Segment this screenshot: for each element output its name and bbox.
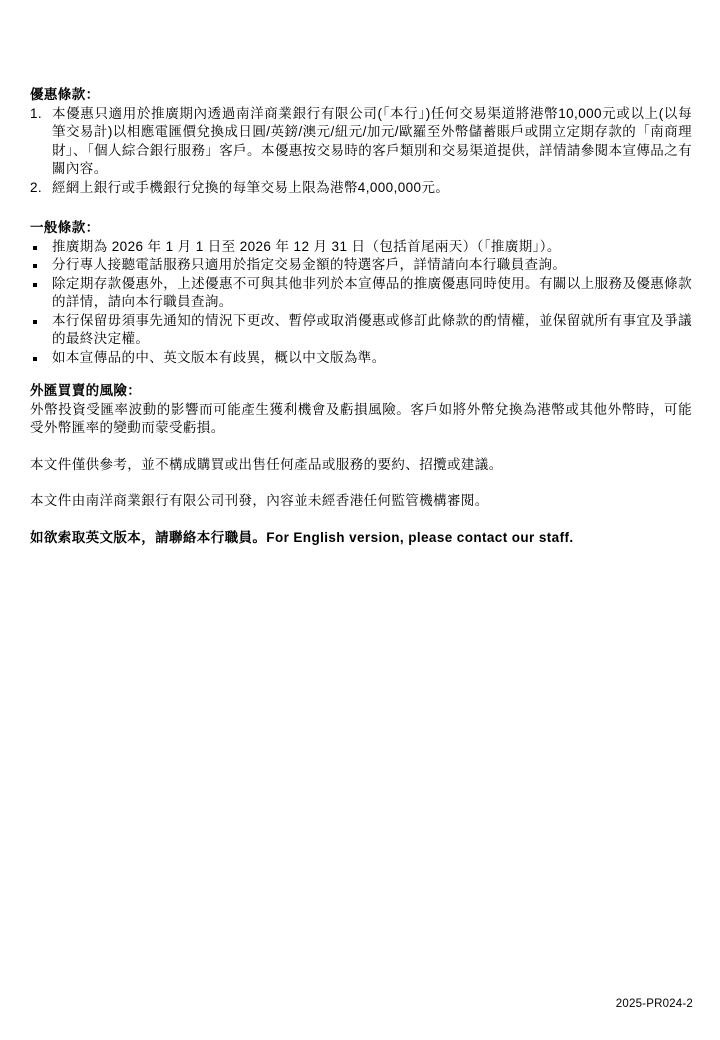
general-terms-list: 推廣期為 2026 年 1 月 1 日至 2026 年 12 月 31 日（包括… [30, 238, 692, 368]
disclaimer-issuer: 本文件由南洋商業銀行有限公司刊發，內容並未經香港任何監管機構審閱。 [30, 492, 692, 511]
bullet-icon [30, 256, 52, 268]
list-item-text: 如本宣傳品的中、英文版本有歧異，概以中文版為準。 [52, 349, 692, 368]
fx-risk-body: 外幣投資受匯率波動的影響而可能產生獲利機會及虧損風險。客戶如將外幣兌換為港幣或其… [30, 401, 692, 438]
bullet-icon [30, 238, 52, 250]
document-content: 優惠條款： 1. 本優惠只適用於推廣期內透過南洋商業銀行有限公司(「本行」)任何… [30, 86, 692, 547]
list-item-text: 推廣期為 2026 年 1 月 1 日至 2026 年 12 月 31 日（包括… [52, 238, 692, 257]
list-item: 2. 經網上銀行或手機銀行兌換的每筆交易上限為港幣4,000,000元。 [30, 179, 692, 198]
list-item: 分行專人接聽電話服務只適用於指定交易金額的特選客戶，詳情請向本行職員查詢。 [30, 256, 692, 275]
document-page: 優惠條款： 1. 本優惠只適用於推廣期內透過南洋商業銀行有限公司(「本行」)任何… [0, 0, 720, 1040]
section-general-terms: 一般條款： 推廣期為 2026 年 1 月 1 日至 2026 年 12 月 3… [30, 219, 692, 367]
general-terms-heading: 一般條款： [30, 219, 692, 238]
list-item-text: 除定期存款優惠外，上述優惠不可與其他非列於本宣傳品的推廣優惠同時使用。有關以上服… [52, 275, 692, 312]
list-item-text: 本行保留毋須事先通知的情況下更改、暫停或取消優惠或修訂此條款的酌情權，並保留就所… [52, 312, 692, 349]
offer-terms-list: 1. 本優惠只適用於推廣期內透過南洋商業銀行有限公司(「本行」)任何交易渠道將港… [30, 105, 692, 198]
offer-terms-heading: 優惠條款： [30, 86, 692, 105]
list-item: 1. 本優惠只適用於推廣期內透過南洋商業銀行有限公司(「本行」)任何交易渠道將港… [30, 105, 692, 179]
bullet-icon [30, 349, 52, 361]
list-number: 1. [30, 105, 52, 124]
fx-risk-heading: 外匯買賣的風險： [30, 382, 692, 401]
section-fx-risk: 外匯買賣的風險： 外幣投資受匯率波動的影響而可能產生獲利機會及虧損風險。客戶如將… [30, 382, 692, 438]
document-code: 2025-PR024-2 [616, 997, 693, 1011]
bullet-icon [30, 312, 52, 324]
disclaimer-reference: 本文件僅供參考，並不構成購買或出售任何產品或服務的要約、招攬或建議。 [30, 456, 692, 475]
section-offer-terms: 優惠條款： 1. 本優惠只適用於推廣期內透過南洋商業銀行有限公司(「本行」)任何… [30, 86, 692, 197]
list-item: 本行保留毋須事先通知的情況下更改、暫停或取消優惠或修訂此條款的酌情權，並保留就所… [30, 312, 692, 349]
list-item-text: 分行專人接聽電話服務只適用於指定交易金額的特選客戶，詳情請向本行職員查詢。 [52, 256, 692, 275]
bullet-icon [30, 275, 52, 287]
list-item: 推廣期為 2026 年 1 月 1 日至 2026 年 12 月 31 日（包括… [30, 238, 692, 257]
list-item-text: 本優惠只適用於推廣期內透過南洋商業銀行有限公司(「本行」)任何交易渠道將港幣10… [52, 105, 692, 179]
list-number: 2. [30, 179, 52, 198]
list-item: 除定期存款優惠外，上述優惠不可與其他非列於本宣傳品的推廣優惠同時使用。有關以上服… [30, 275, 692, 312]
english-version-note: 如欲索取英文版本，請聯絡本行職員。For English version, pl… [30, 529, 692, 548]
list-item: 如本宣傳品的中、英文版本有歧異，概以中文版為準。 [30, 349, 692, 368]
list-item-text: 經網上銀行或手機銀行兌換的每筆交易上限為港幣4,000,000元。 [52, 179, 692, 198]
